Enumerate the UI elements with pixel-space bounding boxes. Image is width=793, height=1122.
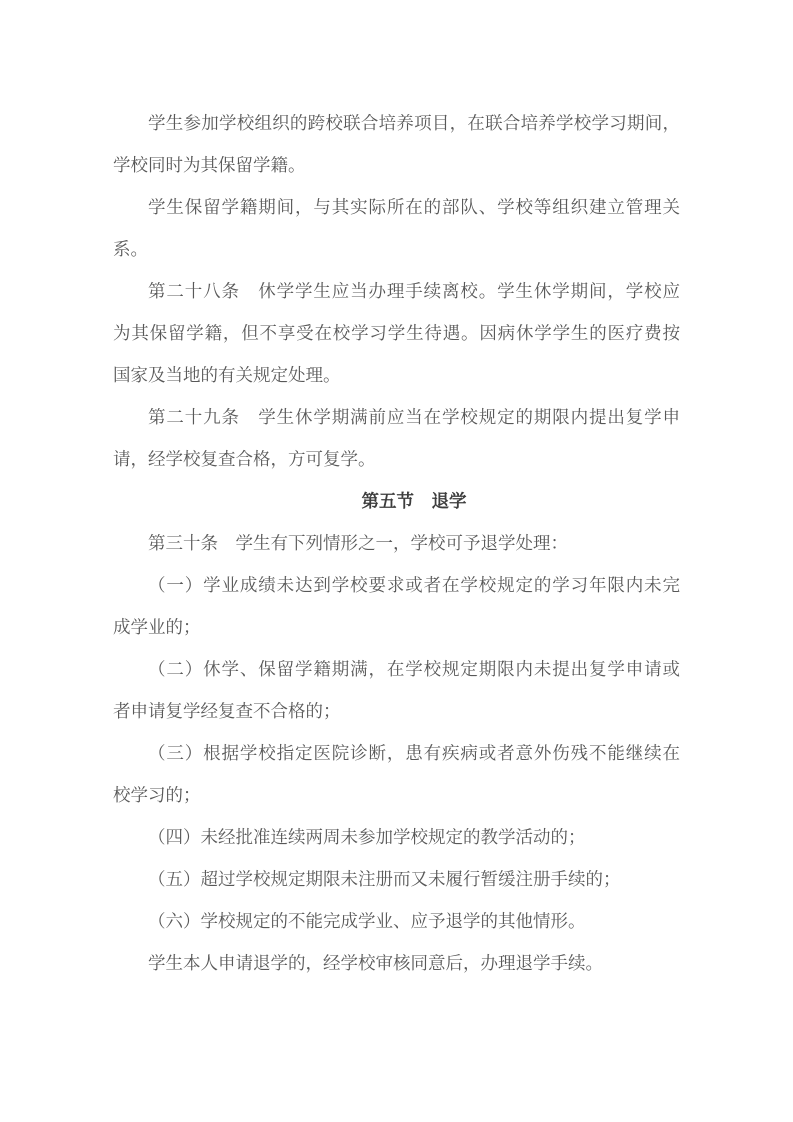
text-line: （一）学业成绩未达到学校要求或者在学校规定的学习年限内未完 [113,564,680,606]
text-line: 者申请复学经复查不合格的； [113,690,680,732]
paragraph: （四）未经批准连续两周未参加学校规定的教学活动的； [113,816,680,858]
section-heading-text: 第五节 退学 [113,480,680,522]
document-body: 学生参加学校组织的跨校联合培养项目，在联合培养学校学习期间，学校同时为其保留学籍… [113,102,680,984]
paragraph: （一）学业成绩未达到学校要求或者在学校规定的学习年限内未完成学业的； [113,564,680,648]
text-line: 系。 [113,228,680,270]
paragraph: 学生保留学籍期间，与其实际所在的部队、学校等组织建立管理关系。 [113,186,680,270]
text-line: 国家及当地的有关规定处理。 [113,354,680,396]
text-line: 请，经学校复查合格，方可复学。 [113,438,680,480]
text-line: （三）根据学校指定医院诊断，患有疾病或者意外伤残不能继续在 [113,732,680,774]
text-line: 学生保留学籍期间，与其实际所在的部队、学校等组织建立管理关 [113,186,680,228]
text-line: 第二十八条 休学学生应当办理手续离校。学生休学期间，学校应 [113,270,680,312]
section-heading: 第五节 退学 [113,480,680,522]
paragraph: （三）根据学校指定医院诊断，患有疾病或者意外伤残不能继续在校学习的； [113,732,680,816]
text-line: （六）学校规定的不能完成学业、应予退学的其他情形。 [113,900,680,942]
paragraph: 第二十九条 学生休学期满前应当在学校规定的期限内提出复学申请，经学校复查合格，方… [113,396,680,480]
text-line: 学校同时为其保留学籍。 [113,144,680,186]
text-line: 第三十条 学生有下列情形之一，学校可予退学处理： [113,522,680,564]
text-line: （五）超过学校规定期限未注册而又未履行暂缓注册手续的； [113,858,680,900]
text-line: 为其保留学籍，但不享受在校学习学生待遇。因病休学学生的医疗费按 [113,312,680,354]
text-line: 学生本人申请退学的，经学校审核同意后，办理退学手续。 [113,942,680,984]
document-page: 学生参加学校组织的跨校联合培养项目，在联合培养学校学习期间，学校同时为其保留学籍… [0,0,793,1122]
text-line: （二）休学、保留学籍期满，在学校规定期限内未提出复学申请或 [113,648,680,690]
text-line: 学生参加学校组织的跨校联合培养项目，在联合培养学校学习期间， [113,102,680,144]
text-line: 第二十九条 学生休学期满前应当在学校规定的期限内提出复学申 [113,396,680,438]
paragraph: （六）学校规定的不能完成学业、应予退学的其他情形。 [113,900,680,942]
text-line: 校学习的； [113,774,680,816]
text-line: 成学业的； [113,606,680,648]
paragraph: 第三十条 学生有下列情形之一，学校可予退学处理： [113,522,680,564]
paragraph: 学生本人申请退学的，经学校审核同意后，办理退学手续。 [113,942,680,984]
paragraph: 学生参加学校组织的跨校联合培养项目，在联合培养学校学习期间，学校同时为其保留学籍… [113,102,680,186]
paragraph: 第二十八条 休学学生应当办理手续离校。学生休学期间，学校应为其保留学籍，但不享受… [113,270,680,396]
paragraph: （五）超过学校规定期限未注册而又未履行暂缓注册手续的； [113,858,680,900]
text-line: （四）未经批准连续两周未参加学校规定的教学活动的； [113,816,680,858]
paragraph: （二）休学、保留学籍期满，在学校规定期限内未提出复学申请或者申请复学经复查不合格… [113,648,680,732]
